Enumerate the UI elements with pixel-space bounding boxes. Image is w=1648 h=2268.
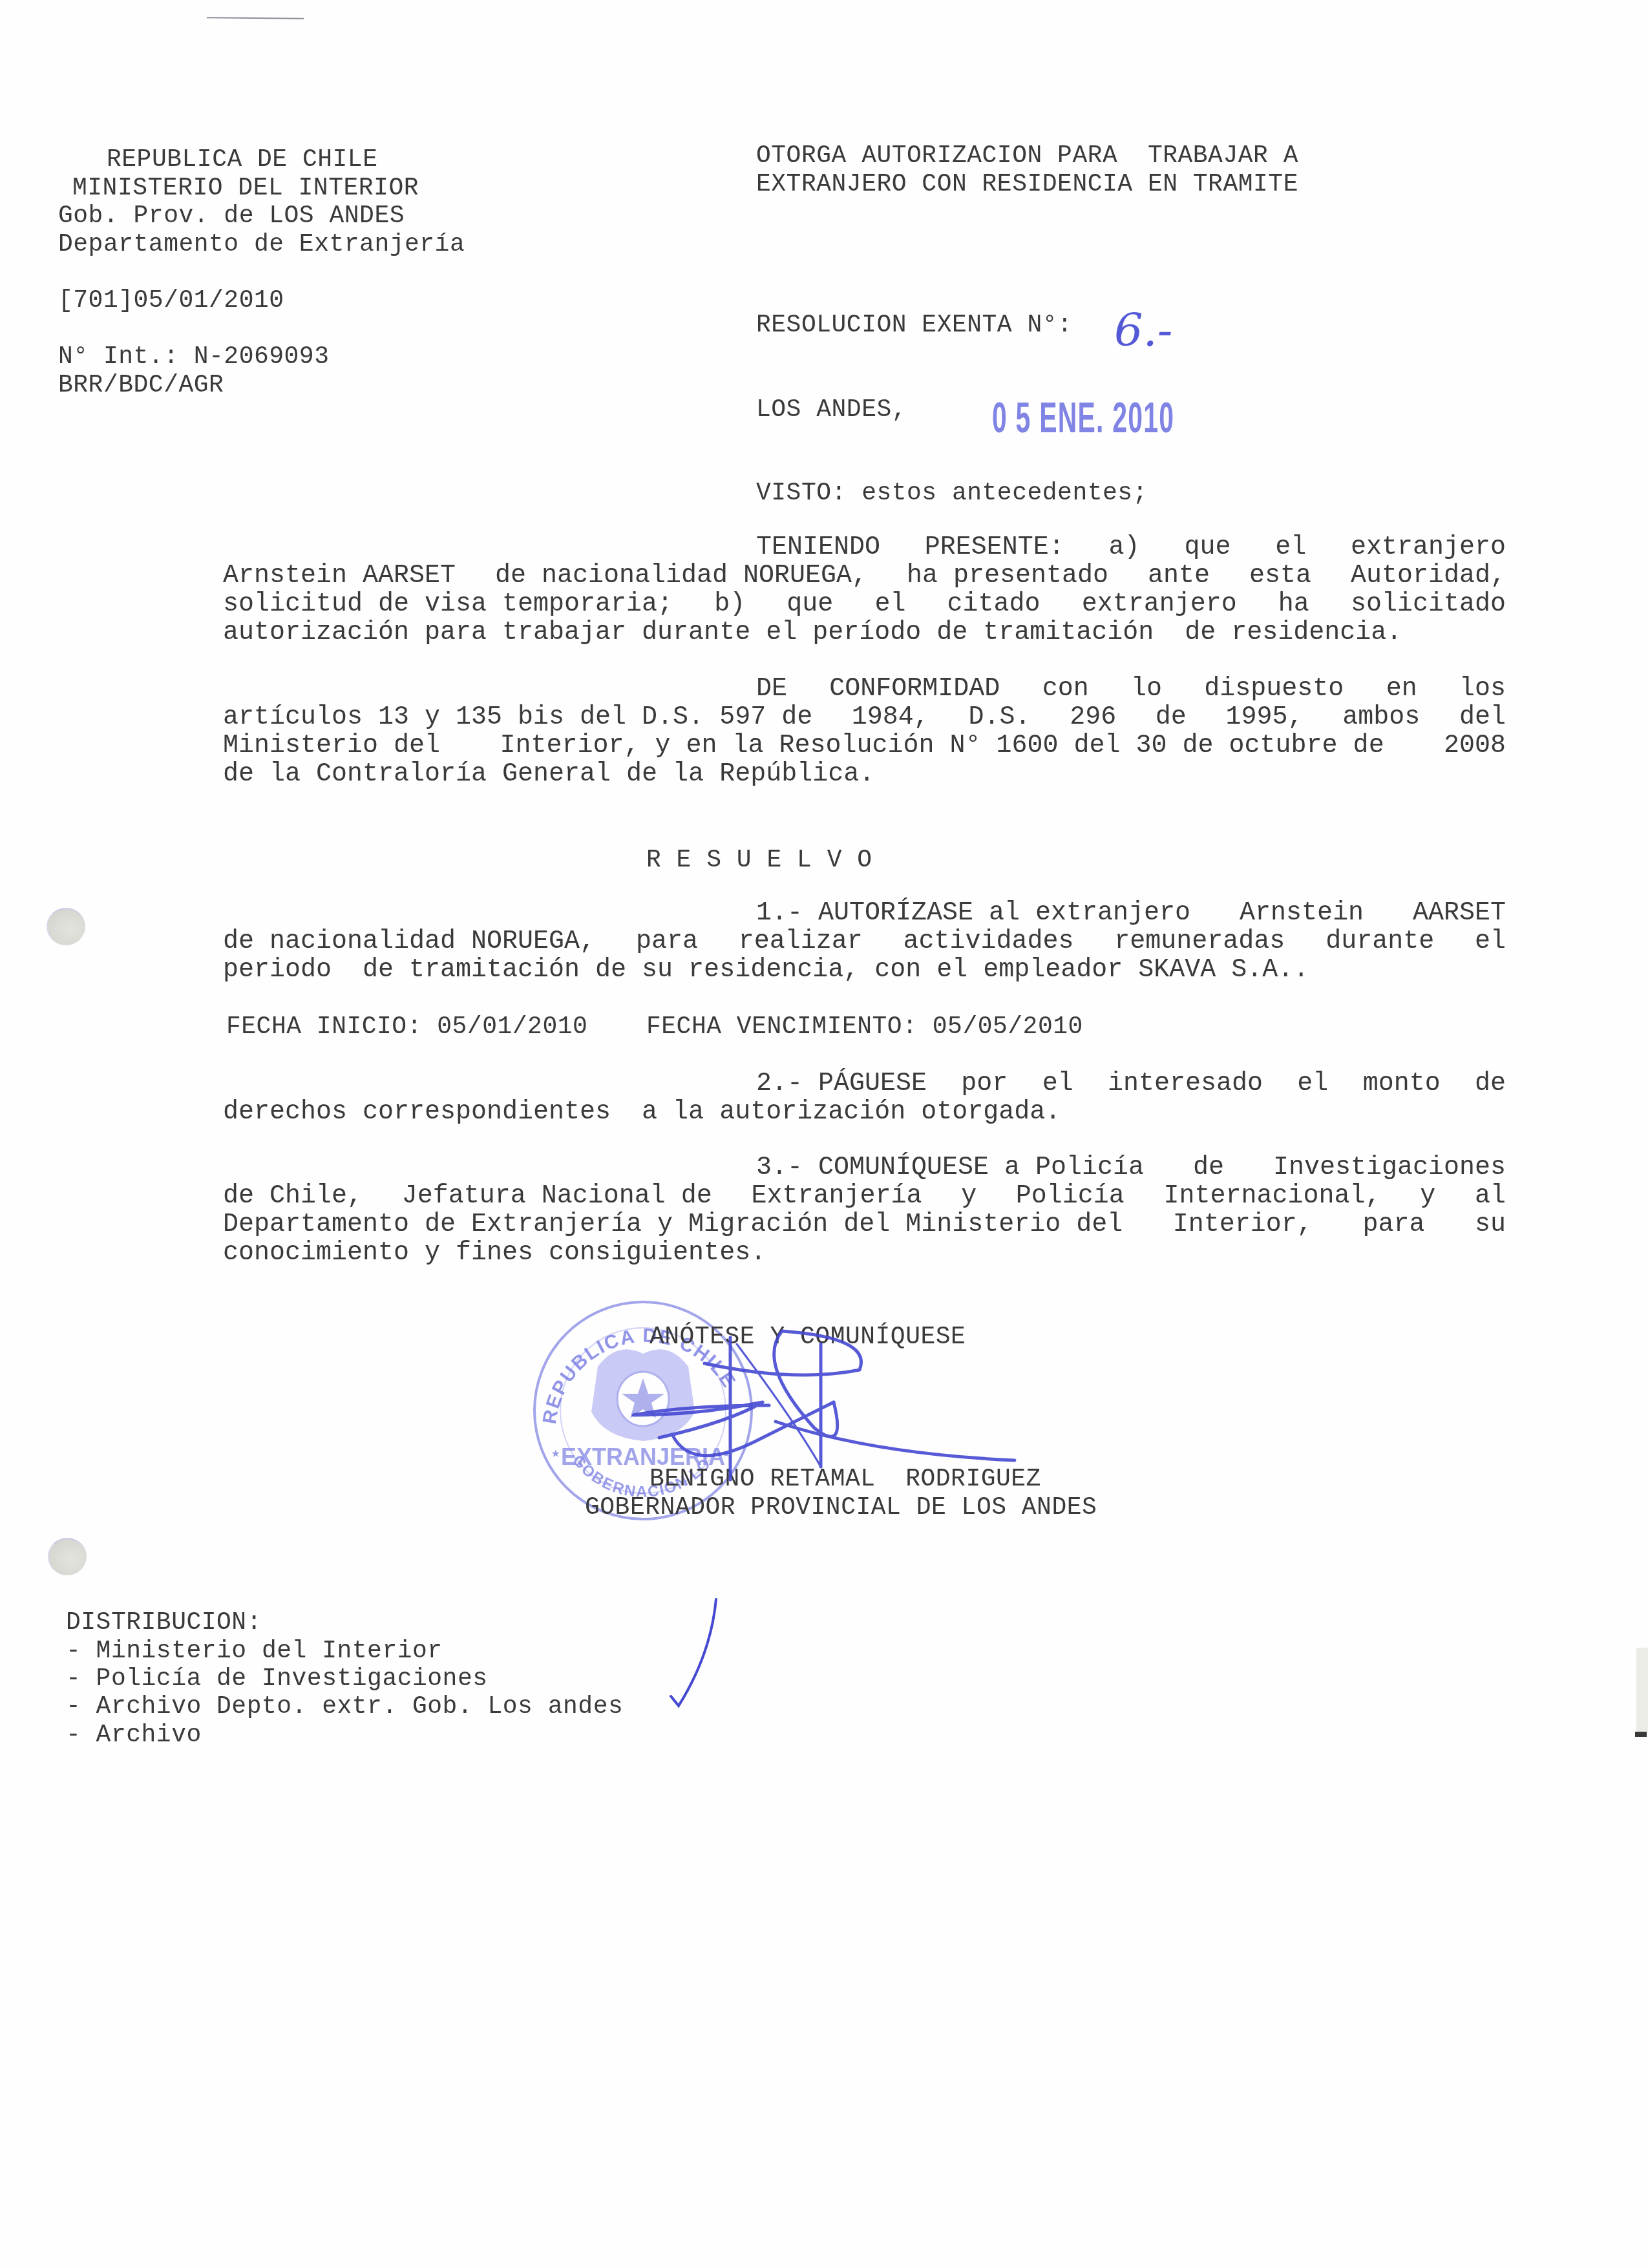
line-2: artículos 13 y 135 bis del D.S. 597 de19… <box>223 704 1506 732</box>
text-run: Interior, <box>1173 1211 1313 1239</box>
text-run: Arnstein <box>1240 899 1364 928</box>
punch-hole-upper <box>47 908 85 945</box>
distribution-title: DISTRIBUCION: <box>66 1609 262 1637</box>
text-run: de <box>1156 704 1187 732</box>
text-run: remuneradas <box>1114 928 1285 956</box>
text-run: Departamento de Extranjería y Migración … <box>223 1211 1123 1239</box>
text-run: su <box>1475 1211 1506 1239</box>
line-1: 2.- PÁGUESEporelinteresadoelmontode <box>223 1070 1506 1098</box>
text-run: AARSET <box>1413 899 1506 928</box>
text-run: el <box>1297 1070 1328 1098</box>
header-departamento: Departamento de Extranjería <box>58 231 465 259</box>
text-run: Internacional, <box>1164 1182 1381 1211</box>
text-run: Jefatura Nacional de <box>402 1182 712 1211</box>
text-run: de nacionalidad NORUEGA, <box>223 928 595 956</box>
text-run: Ministerio del <box>223 732 440 761</box>
text-run: el <box>874 591 905 619</box>
checkmark-icon <box>666 1596 724 1712</box>
text-run: con <box>1042 675 1089 704</box>
punch-hole-lower <box>48 1538 87 1575</box>
initials: BRR/BDC/AGR <box>58 372 224 400</box>
text-run: para <box>1362 1211 1424 1239</box>
text-run: Extranjería <box>751 1182 922 1211</box>
subject-line-1: OTORGA AUTORIZACION PARA TRABAJAR A <box>756 142 1298 171</box>
text-run: y <box>961 1182 977 1211</box>
line-1: 1.- AUTORÍZASE al extranjeroArnsteinAARS… <box>223 899 1506 928</box>
text-run: Policía <box>1016 1182 1125 1211</box>
line-3: solicitud de visa temporaria;b)queelcita… <box>223 591 1506 619</box>
text-run: 296 <box>1070 704 1116 732</box>
text-run: de <box>1193 1154 1224 1182</box>
text-run: el <box>1475 928 1506 956</box>
text-run: autorización para trabajar durante el pe… <box>223 619 1402 647</box>
text-run: artículos 13 y 135 bis del D.S. 597 de <box>223 704 812 732</box>
text-run: que <box>1184 534 1231 562</box>
text-run: 2.- PÁGUESE <box>756 1070 927 1098</box>
text-run: dispuesto <box>1204 675 1344 704</box>
text-run: extranjero <box>1351 534 1506 562</box>
text-run: que <box>787 591 833 619</box>
paragraph-teniendo-presente: TENIENDOPRESENTE:a)queelextranjero Arnst… <box>223 534 1506 647</box>
text-run: ha <box>1278 591 1309 619</box>
scan-edge-strip <box>1636 1648 1648 1732</box>
text-run: Autoridad, <box>1351 562 1506 591</box>
text-run: solicitud de visa temporaria; <box>223 591 673 619</box>
text-run: el <box>1275 534 1306 562</box>
line-4: de la Contraloría General de la Repúblic… <box>223 761 1506 789</box>
text-run: de Chile, <box>223 1182 363 1211</box>
text-run: actividades <box>903 928 1073 956</box>
line-1: 3.- COMUNÍQUESE a PolicíadeInvestigacion… <box>223 1154 1506 1182</box>
place-label: LOS ANDES, <box>756 396 907 425</box>
text-run: por <box>961 1070 1008 1098</box>
visto-line: VISTO: estos antecedentes; <box>756 479 1148 508</box>
text-run: en <box>1386 675 1417 704</box>
paragraph-conformidad: DECONFORMIDADconlodispuestoenlos artícul… <box>223 675 1506 789</box>
text-run: citado <box>947 591 1041 619</box>
text-run: y <box>1420 1182 1435 1211</box>
text-run: derechos correspondientes a la autorizac… <box>223 1098 1061 1127</box>
line-1: DECONFORMIDADconlodispuestoenlos <box>223 675 1506 704</box>
resolution-label: RESOLUCION EXENTA N°: <box>756 311 1072 340</box>
header-ministerio: MINISTERIO DEL INTERIOR <box>72 174 419 203</box>
resuelvo-heading: R E S U E L V O <box>646 846 872 875</box>
text-run: al <box>1475 1182 1506 1211</box>
line-4: conocimiento y fines consiguientes. <box>223 1239 1506 1268</box>
scan-edge-mark <box>1635 1732 1647 1737</box>
paragraph-item-3: 3.- COMUNÍQUESE a PolicíadeInvestigacion… <box>223 1154 1506 1268</box>
text-run: ambos <box>1342 704 1420 732</box>
text-run: los <box>1459 675 1506 704</box>
date-stamp: 0 5 ENE. 2010 <box>992 393 1174 442</box>
text-run: Interior, y en la Resolución N° 1600 del… <box>500 732 1384 761</box>
text-run: conocimiento y fines consiguientes. <box>223 1239 766 1268</box>
signatory-title: GOBERNADOR PROVINCIAL DE LOS ANDES <box>585 1494 1097 1522</box>
header-republica: REPUBLICA DE CHILE <box>107 146 377 174</box>
text-run: 2008 <box>1444 732 1506 761</box>
line-2: derechos correspondientes a la autorizac… <box>223 1098 1506 1127</box>
paragraph-item-1: 1.- AUTORÍZASE al extranjeroArnsteinAARS… <box>223 899 1506 985</box>
text-run: para <box>636 928 698 956</box>
line-2: de Chile,Jefatura Nacional deExtranjería… <box>223 1182 1506 1211</box>
text-run: D.S. <box>969 704 1031 732</box>
text-run: 1.- AUTORÍZASE al extranjero <box>756 899 1190 928</box>
pen-mark-line <box>207 17 304 19</box>
text-run: 1995, <box>1226 704 1304 732</box>
reference-date: [701]05/01/2010 <box>58 287 284 315</box>
text-run: CONFORMIDAD <box>829 675 1000 704</box>
fecha-vencimiento: FECHA VENCIMIENTO: 05/05/2010 <box>646 1013 1083 1042</box>
text-run: esta <box>1249 562 1311 591</box>
text-run: durante <box>1326 928 1434 956</box>
text-run: de <box>1475 1070 1506 1098</box>
text-run: Arnstein AARSET <box>223 562 456 591</box>
text-run: interesado <box>1108 1070 1263 1098</box>
line-2: de nacionalidad NORUEGA,pararealizaracti… <box>223 928 1506 956</box>
text-run: Investigaciones <box>1273 1154 1506 1182</box>
resolution-number-handwritten: 6.- <box>1114 304 1172 357</box>
text-run: el <box>1042 1070 1073 1098</box>
line-2: Arnstein AARSETde nacionalidad NORUEGA,h… <box>223 562 1506 591</box>
distribution-item: - Policía de Investigaciones <box>66 1665 488 1694</box>
svg-text:★: ★ <box>551 1445 560 1462</box>
handwritten-signature <box>601 1325 1021 1493</box>
text-run: lo <box>1131 675 1162 704</box>
fecha-inicio: FECHA INICIO: 05/01/2010 <box>226 1013 587 1042</box>
line-3: periodo de tramitación de su residencia,… <box>223 956 1506 985</box>
internal-number: N° Int.: N-2069093 <box>58 343 329 372</box>
subject-line-2: EXTRANJERO CON RESIDENCIA EN TRAMITE <box>756 171 1298 199</box>
text-run: monto <box>1363 1070 1441 1098</box>
paragraph-item-2: 2.- PÁGUESEporelinteresadoelmontode dere… <box>223 1070 1506 1127</box>
distribution-item: - Archivo <box>66 1721 202 1750</box>
text-run: TENIENDO <box>756 534 880 562</box>
distribution-item: - Archivo Depto. extr. Gob. Los andes <box>66 1693 623 1721</box>
text-run: 1984, <box>852 704 929 732</box>
text-run: solicitado <box>1351 591 1506 619</box>
text-run: 3.- COMUNÍQUESE a Policía <box>756 1154 1144 1182</box>
line-3: Departamento de Extranjería y Migración … <box>223 1211 1506 1239</box>
text-run: realizar <box>739 928 863 956</box>
text-run: ha presentado <box>907 562 1108 591</box>
line-1: TENIENDOPRESENTE:a)queelextranjero <box>223 534 1506 562</box>
text-run: del <box>1459 704 1506 732</box>
text-run: ante <box>1148 562 1210 591</box>
header-gobernacion: Gob. Prov. de LOS ANDES <box>58 202 405 231</box>
text-run: extranjero <box>1082 591 1237 619</box>
line-4: autorización para trabajar durante el pe… <box>223 619 1506 647</box>
text-run: DE <box>756 675 787 704</box>
text-run: periodo de tramitación de su residencia,… <box>223 956 1309 985</box>
distribution-item: - Ministerio del Interior <box>66 1637 443 1666</box>
text-run: PRESENTE: <box>925 534 1064 562</box>
text-run: b) <box>714 591 745 619</box>
text-run: de nacionalidad NORUEGA, <box>495 562 867 591</box>
text-run: de la Contraloría General de la Repúblic… <box>223 761 874 789</box>
line-3: Ministerio delInterior, y en la Resoluci… <box>223 732 1506 761</box>
text-run: a) <box>1109 534 1140 562</box>
scanned-resolution-page: REPUBLICA DE CHILE MINISTERIO DEL INTERI… <box>0 0 1648 2268</box>
